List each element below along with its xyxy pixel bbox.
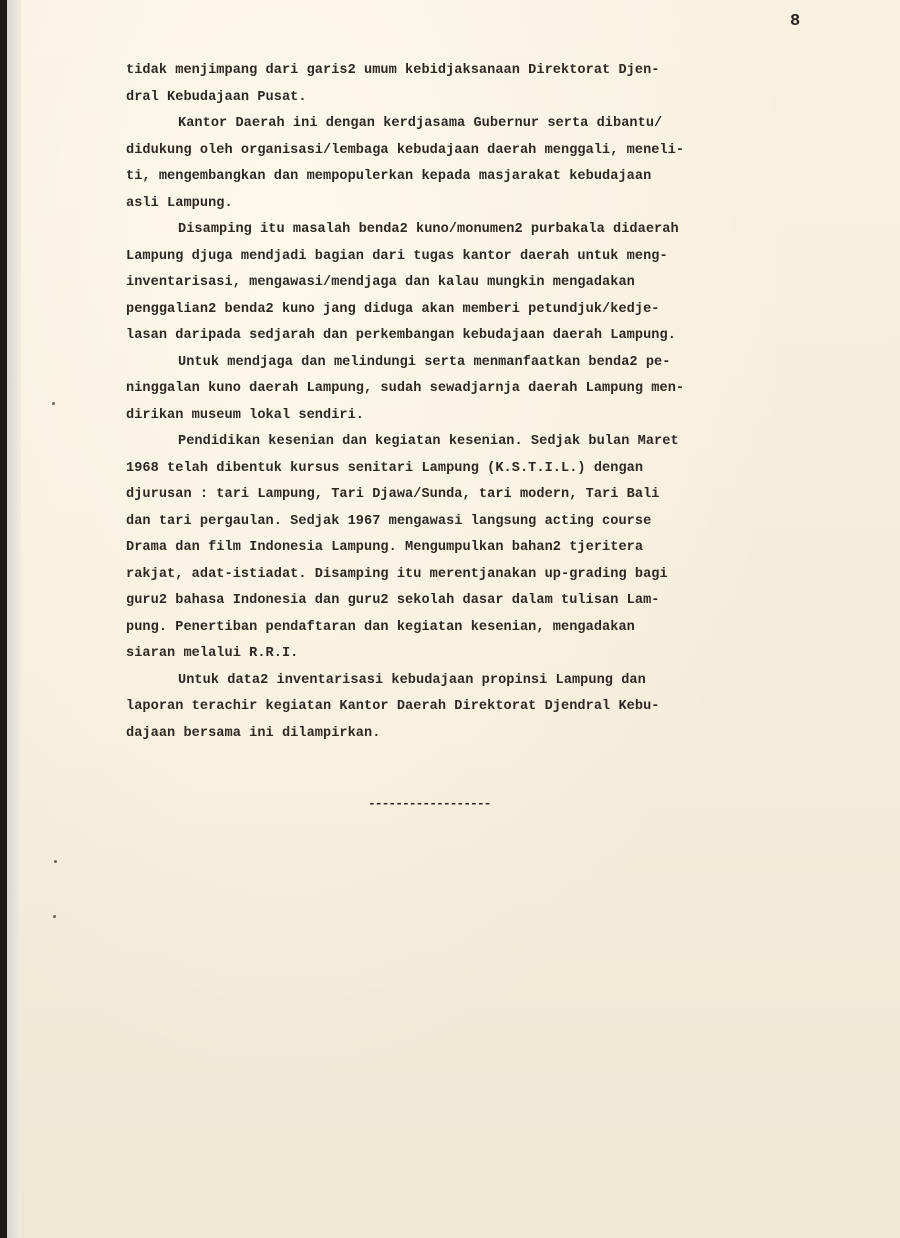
text-line: rakjat, adat-istiadat. Disamping itu mer… — [126, 562, 866, 589]
text-line: dajaan bersama ini dilampirkan. — [126, 721, 866, 748]
text-line: tidak menjimpang dari garis2 umum kebidj… — [126, 58, 866, 85]
text-line: Untuk mendjaga dan melindungi serta menm… — [126, 350, 866, 377]
text-line: didukung oleh organisasi/lembaga kebudaj… — [126, 138, 866, 165]
end-divider: ------------------ — [368, 796, 490, 811]
paper-speck — [53, 915, 56, 918]
text-line: dirikan museum lokal sendiri. — [126, 403, 866, 430]
binding-strip — [7, 0, 21, 1238]
text-line: Disamping itu masalah benda2 kuno/monume… — [126, 217, 866, 244]
text-line: siaran melalui R.R.I. — [126, 641, 866, 668]
text-line: djurusan : tari Lampung, Tari Djawa/Sund… — [126, 482, 866, 509]
text-line: Untuk data2 inventarisasi kebudajaan pro… — [126, 668, 866, 695]
text-line: laporan terachir kegiatan Kantor Daerah … — [126, 694, 866, 721]
text-line: dral Kebudajaan Pusat. — [126, 85, 866, 112]
text-line: dan tari pergaulan. Sedjak 1967 mengawas… — [126, 509, 866, 536]
text-line: Drama dan film Indonesia Lampung. Mengum… — [126, 535, 866, 562]
document-body: tidak menjimpang dari garis2 umum kebidj… — [126, 58, 866, 747]
text-line: pung. Penertiban pendaftaran dan kegiata… — [126, 615, 866, 642]
paper-speck — [54, 860, 57, 863]
text-line: ti, mengembangkan dan mempopulerkan kepa… — [126, 164, 866, 191]
text-line: guru2 bahasa Indonesia dan guru2 sekolah… — [126, 588, 866, 615]
text-line: lasan daripada sedjarah dan perkembangan… — [126, 323, 866, 350]
scan-border — [0, 0, 7, 1238]
text-line: asli Lampung. — [126, 191, 866, 218]
text-line: Lampung djuga mendjadi bagian dari tugas… — [126, 244, 866, 271]
text-line: inventarisasi, mengawasi/mendjaga dan ka… — [126, 270, 866, 297]
text-line: penggalian2 benda2 kuno jang diduga akan… — [126, 297, 866, 324]
page-number: 8 — [790, 12, 800, 31]
paper-speck — [52, 402, 55, 405]
text-line: 1968 telah dibentuk kursus senitari Lamp… — [126, 456, 866, 483]
text-line: Kantor Daerah ini dengan kerdjasama Gube… — [126, 111, 866, 138]
text-line: Pendidikan kesenian dan kegiatan kesenia… — [126, 429, 866, 456]
text-line: ninggalan kuno daerah Lampung, sudah sew… — [126, 376, 866, 403]
